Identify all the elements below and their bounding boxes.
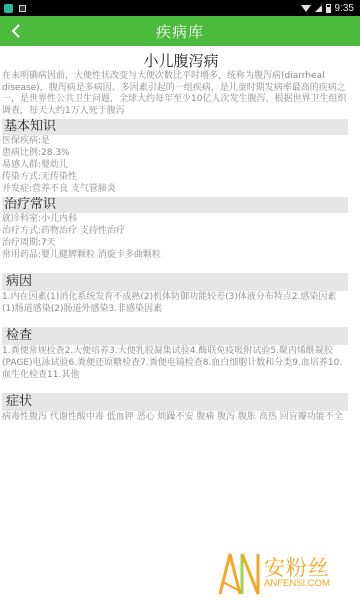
basic-knowledge-list: 医保疾病:是 患病比例:28.3% 易感人群:婴幼儿 传染方式:无传染性 并发症… (2, 135, 360, 195)
disease-title: 小儿腹泻病 (2, 51, 360, 71)
app-notification-icon (4, 4, 13, 13)
section-header-treatment: 治疗常识 (2, 197, 348, 213)
status-bar: 9:35 (0, 0, 360, 16)
back-button[interactable] (6, 16, 26, 46)
watermark-url: ANFENSI.COM (264, 578, 330, 589)
signal-icon (315, 5, 322, 12)
list-item: 医保疾病:是 (2, 135, 360, 147)
list-item: 并发症:营养不良 支气管肺炎 (2, 183, 360, 195)
list-item: 治疗方式:药物治疗 支持性治疗 (2, 225, 360, 237)
chevron-left-icon (11, 24, 21, 38)
disease-intro: 在未明确病因前，大便性状改变与大便次数比平时增多，统称为腹泻病(diarrhea… (2, 71, 360, 117)
battery-icon (326, 4, 331, 13)
wifi-icon (301, 5, 311, 12)
system-icons: 9:35 (301, 3, 354, 14)
section-header-basic: 基本知识 (2, 119, 348, 135)
list-item: 常用药品:婴儿健脾颗粒 消旋卡多曲颗粒 (2, 249, 360, 261)
section-header-symptom: 症状 (2, 393, 348, 411)
image-notification-icon (19, 5, 26, 12)
list-item: 就诊科室:小儿内科 (2, 213, 360, 225)
clock: 9:35 (335, 3, 354, 14)
list-item: 患病比例:28.3% (2, 147, 360, 159)
watermark-logo: 安粉丝 ANFENSI.COM (218, 550, 358, 596)
cause-text: 1.内在因素(1)消化系统发育不成熟(2)机体防御功能较差(3)体液分布特点2.… (2, 291, 360, 315)
an-logo-icon (218, 550, 264, 596)
exam-text: 1.粪便常规检查2.大便培养3.大便乳胶凝集试验4.酶联免疫吸附试验5.聚丙烯酰… (2, 345, 360, 381)
list-item: 治疗周期:7天 (2, 237, 360, 249)
page-title: 疾病库 (156, 21, 204, 42)
section-header-exam: 检查 (2, 327, 348, 345)
section-header-cause: 病因 (2, 273, 348, 291)
treatment-list: 就诊科室:小儿内科 治疗方式:药物治疗 支持性治疗 治疗周期:7天 常用药品:婴… (2, 213, 360, 261)
list-item: 传染方式:无传染性 (2, 171, 360, 183)
list-item: 易感人群:婴幼儿 (2, 159, 360, 171)
notification-icons (4, 4, 26, 13)
app-bar: 疾病库 (0, 16, 360, 46)
disease-detail: 小儿腹泻病 在未明确病因前，大便性状改变与大便次数比平时增多，统称为腹泻病(di… (0, 51, 360, 423)
symptom-text: 病毒性腹泻 代谢性酸中毒 低血钾 恶心 烦躁不安 腹痛 腹泻 腹胀 高热 回盲瓣… (2, 411, 360, 423)
